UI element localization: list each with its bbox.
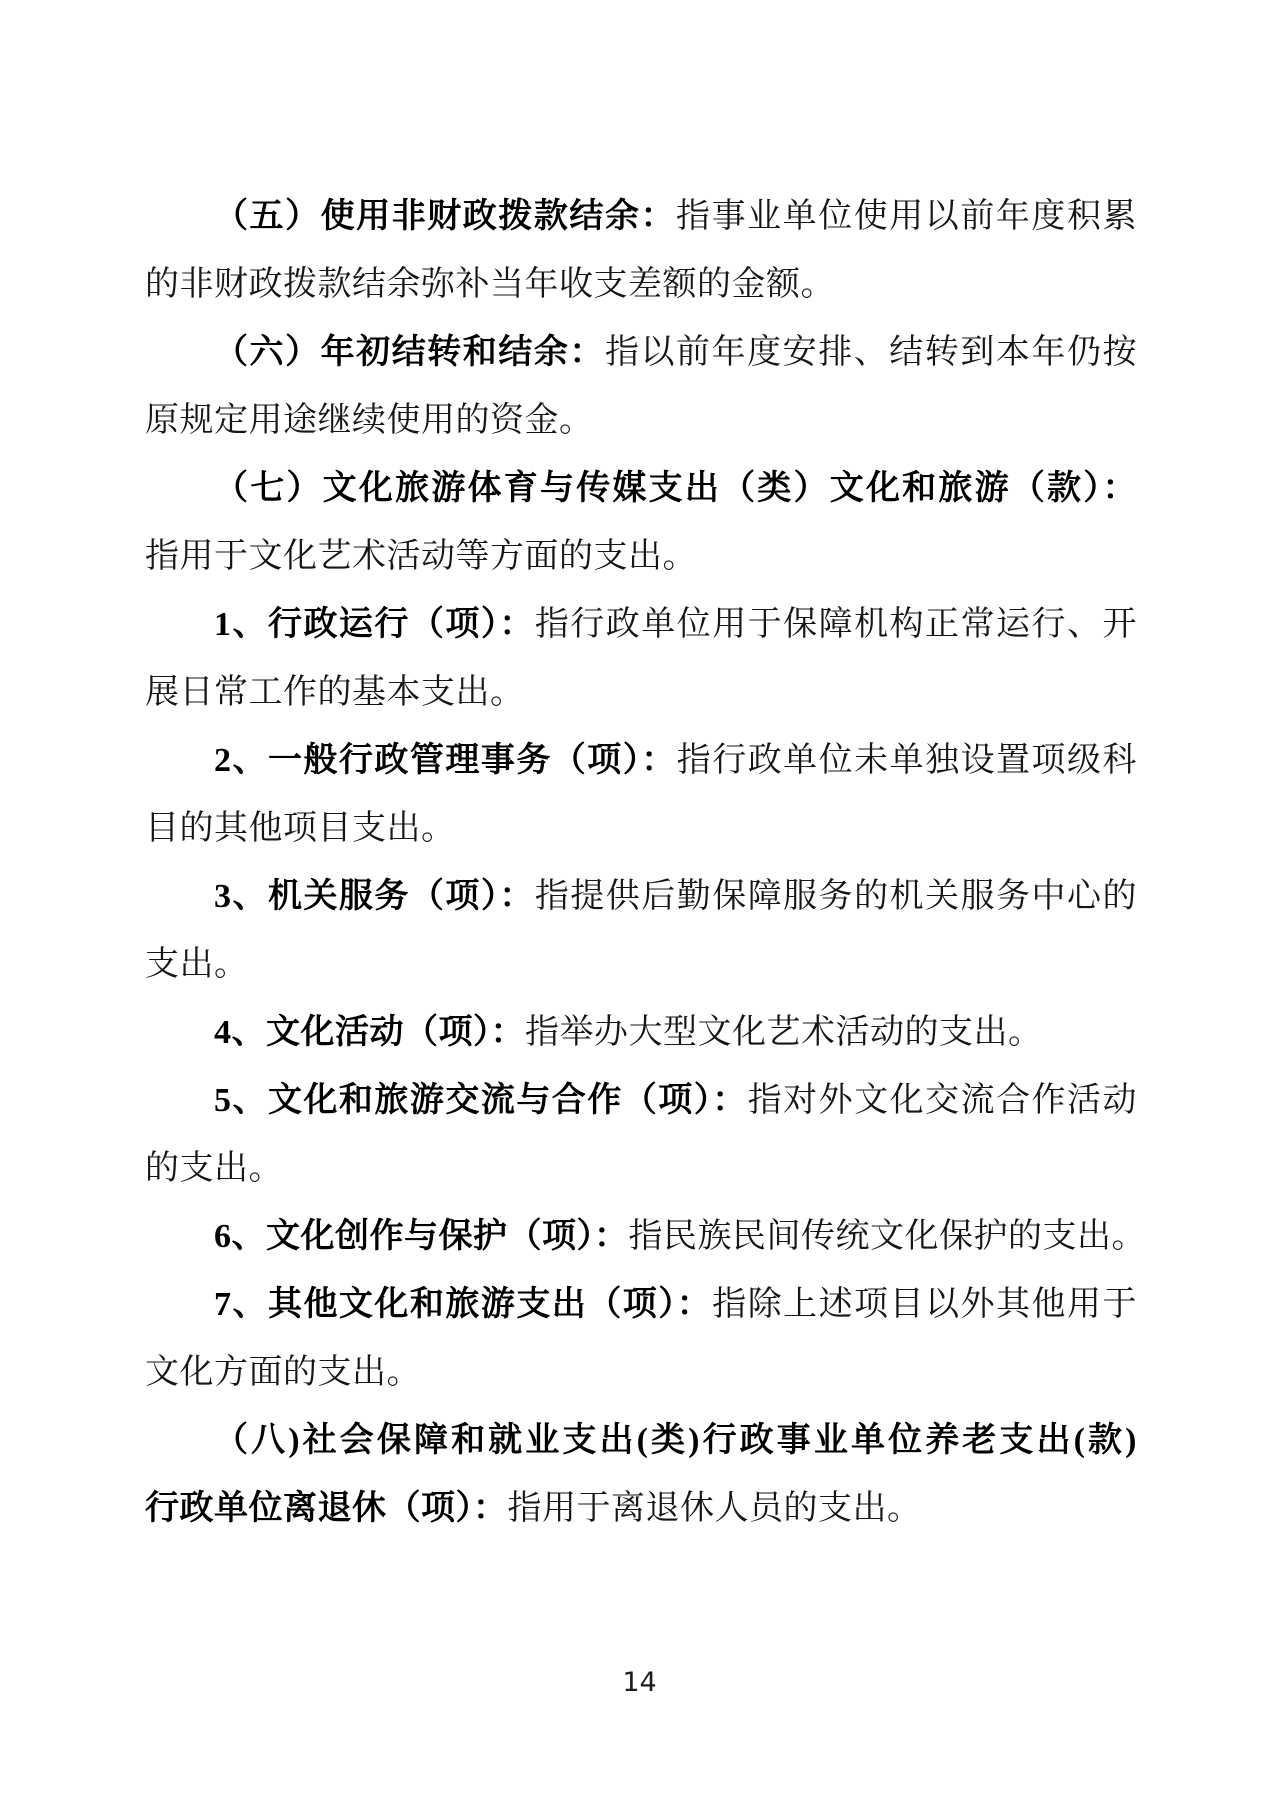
text-segment: 指用于离退休人员的支出。 bbox=[508, 1490, 922, 1527]
text-segment: 指对外文化交流合作活动 bbox=[748, 1082, 1137, 1119]
text-segment: 原规定用途继续使用的资金。 bbox=[145, 402, 594, 439]
text-line: 指用于文化艺术活动等方面的支出。 bbox=[145, 523, 1137, 591]
text-segment: 指用于文化艺术活动等方面的支出。 bbox=[145, 538, 697, 575]
text-line: 原规定用途继续使用的资金。 bbox=[145, 387, 1137, 455]
text-segment: 展日常工作的基本支出。 bbox=[145, 674, 525, 711]
text-segment: 指民族民间传统文化保护的支出。 bbox=[629, 1218, 1147, 1255]
text-line: 展日常工作的基本支出。 bbox=[145, 659, 1137, 727]
text-segment: 指行政单位用于保障机构正常运行、开 bbox=[535, 606, 1137, 643]
heading-segment: （五）使用非财政拨款结余： bbox=[214, 198, 676, 235]
text-line: 6、文化创作与保护（项）：指民族民间传统文化保护的支出。 bbox=[145, 1203, 1137, 1271]
heading-segment: （六）年初结转和结余： bbox=[214, 334, 605, 371]
text-line: （五）使用非财政拨款结余：指事业单位使用以前年度积累 bbox=[145, 183, 1137, 251]
heading-segment: 7、其他文化和旅游支出（项）： bbox=[214, 1286, 712, 1323]
heading-segment: 行政单位离退休（项）： bbox=[145, 1490, 508, 1527]
page-number: 14 bbox=[0, 1660, 1279, 1706]
text-segment: 指行政单位未单独设置项级科 bbox=[677, 742, 1137, 779]
text-line: 3、机关服务（项）：指提供后勤保障服务的机关服务中心的 bbox=[145, 863, 1137, 931]
paragraph: 5、文化和旅游交流与合作（项）：指对外文化交流合作活动的支出。 bbox=[145, 1067, 1137, 1203]
text-line: 5、文化和旅游交流与合作（项）：指对外文化交流合作活动 bbox=[145, 1067, 1137, 1135]
paragraph: （六）年初结转和结余：指以前年度安排、结转到本年仍按原规定用途继续使用的资金。 bbox=[145, 319, 1137, 455]
heading-segment: （七）文化旅游体育与传媒支出（类）文化和旅游（款）： bbox=[214, 470, 1137, 507]
text-line: 4、文化活动（项）：指举办大型文化艺术活动的支出。 bbox=[145, 999, 1137, 1067]
text-line: 7、其他文化和旅游支出（项）：指除上述项目以外其他用于 bbox=[145, 1271, 1137, 1339]
text-segment: 的支出。 bbox=[145, 1150, 283, 1187]
paragraph: 4、文化活动（项）：指举办大型文化艺术活动的支出。 bbox=[145, 999, 1137, 1067]
text-segment: 指除上述项目以外其他用于 bbox=[712, 1286, 1137, 1323]
heading-segment: （八)社会保障和就业支出(类)行政事业单位养老支出(款) bbox=[214, 1422, 1137, 1459]
paragraph: 6、文化创作与保护（项）：指民族民间传统文化保护的支出。 bbox=[145, 1203, 1137, 1271]
paragraph: 1、行政运行（项）：指行政单位用于保障机构正常运行、开展日常工作的基本支出。 bbox=[145, 591, 1137, 727]
text-segment: 支出。 bbox=[145, 946, 249, 983]
text-line: 文化方面的支出。 bbox=[145, 1339, 1137, 1407]
heading-segment: 5、文化和旅游交流与合作（项）： bbox=[214, 1082, 748, 1119]
paragraph: 2、一般行政管理事务（项）：指行政单位未单独设置项级科目的其他项目支出。 bbox=[145, 727, 1137, 863]
heading-segment: 2、一般行政管理事务（项）： bbox=[214, 742, 677, 779]
text-line: 目的其他项目支出。 bbox=[145, 795, 1137, 863]
text-segment: 指事业单位使用以前年度积累 bbox=[676, 198, 1137, 235]
paragraph: （五）使用非财政拨款结余：指事业单位使用以前年度积累的非财政拨款结余弥补当年收支… bbox=[145, 183, 1137, 319]
text-segment: 文化方面的支出。 bbox=[145, 1354, 421, 1391]
heading-segment: 6、文化创作与保护（项）： bbox=[214, 1218, 629, 1255]
text-segment: 的非财政拨款结余弥补当年收支差额的金额。 bbox=[145, 266, 835, 303]
text-segment: 目的其他项目支出。 bbox=[145, 810, 456, 847]
text-line: 支出。 bbox=[145, 931, 1137, 999]
heading-segment: 3、机关服务（项）： bbox=[214, 878, 535, 915]
text-segment: 指提供后勤保障服务的机关服务中心的 bbox=[535, 878, 1137, 915]
heading-segment: 1、行政运行（项）： bbox=[214, 606, 535, 643]
text-segment: 指举办大型文化艺术活动的支出。 bbox=[525, 1014, 1043, 1051]
text-segment: 指以前年度安排、结转到本年仍按 bbox=[605, 334, 1137, 371]
paragraph: （七）文化旅游体育与传媒支出（类）文化和旅游（款）：指用于文化艺术活动等方面的支… bbox=[145, 455, 1137, 591]
document-body: （五）使用非财政拨款结余：指事业单位使用以前年度积累的非财政拨款结余弥补当年收支… bbox=[145, 183, 1137, 1543]
text-line: 2、一般行政管理事务（项）：指行政单位未单独设置项级科 bbox=[145, 727, 1137, 795]
text-line: （六）年初结转和结余：指以前年度安排、结转到本年仍按 bbox=[145, 319, 1137, 387]
paragraph: （八)社会保障和就业支出(类)行政事业单位养老支出(款)行政单位离退休（项）：指… bbox=[145, 1407, 1137, 1543]
text-line: 行政单位离退休（项）：指用于离退休人员的支出。 bbox=[145, 1475, 1137, 1543]
text-line: （七）文化旅游体育与传媒支出（类）文化和旅游（款）： bbox=[145, 455, 1137, 523]
paragraph: 3、机关服务（项）：指提供后勤保障服务的机关服务中心的支出。 bbox=[145, 863, 1137, 999]
paragraph: 7、其他文化和旅游支出（项）：指除上述项目以外其他用于文化方面的支出。 bbox=[145, 1271, 1137, 1407]
document-page: （五）使用非财政拨款结余：指事业单位使用以前年度积累的非财政拨款结余弥补当年收支… bbox=[0, 0, 1279, 1809]
text-line: 的非财政拨款结余弥补当年收支差额的金额。 bbox=[145, 251, 1137, 319]
text-line: 的支出。 bbox=[145, 1135, 1137, 1203]
text-line: 1、行政运行（项）：指行政单位用于保障机构正常运行、开 bbox=[145, 591, 1137, 659]
heading-segment: 4、文化活动（项）： bbox=[214, 1014, 525, 1051]
text-line: （八)社会保障和就业支出(类)行政事业单位养老支出(款) bbox=[145, 1407, 1137, 1475]
